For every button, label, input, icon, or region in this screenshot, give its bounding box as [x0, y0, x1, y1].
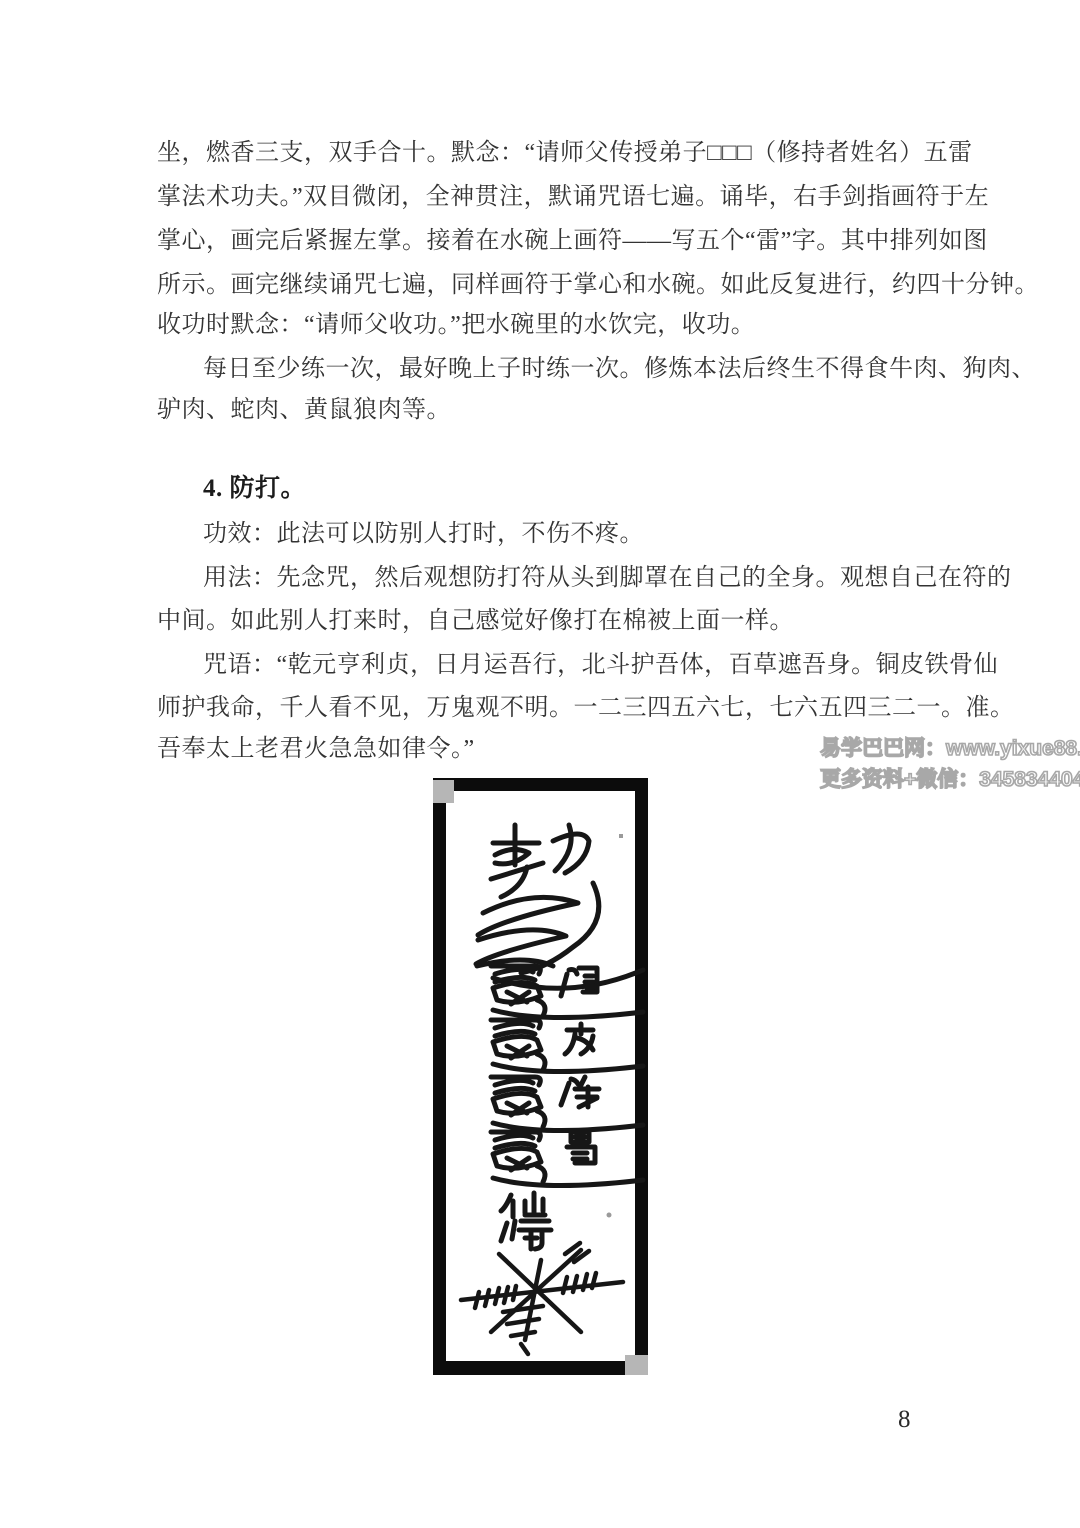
- body-line: 收功时默念：“请师父收功。”把水碗里的水饮完，收功。: [157, 310, 755, 340]
- body-line: 用法：先念咒，然后观想防打符从头到脚罩在自己的全身。观想自己在符的: [203, 563, 1012, 593]
- body-line: 吾奉太上老君火急急如律令。”: [157, 734, 475, 764]
- scan-dot: [607, 1213, 612, 1218]
- scan-artifact-bottomright: [625, 1355, 648, 1375]
- watermark: 易学巴巴网：www.yixue88.cn 更多资料+微信：3458344044: [820, 733, 1070, 795]
- body-line: 咒语：“乾元亨利贞，日月运吾行，北斗护吾体，百草遮吾身。铜皮铁骨仙: [203, 650, 998, 680]
- scan-dot: [619, 834, 623, 838]
- talisman-frame-bottom: [439, 1361, 629, 1375]
- body-line: 掌法术功夫。”双目微闭，全神贯注，默诵咒语七遍。诵毕，右手剑指画符于左: [157, 182, 989, 212]
- watermark-line2: 更多资料+微信：3458344044: [820, 764, 1070, 795]
- body-line: 坐，燃香三支，双手合十。默念：“请师父传授弟子□□□（修持者姓名）五雷: [157, 138, 973, 168]
- scan-artifact-topleft: [433, 780, 454, 803]
- body-line: 功效：此法可以防别人打时，不伤不疼。: [203, 519, 644, 549]
- page-number: 8: [898, 1406, 911, 1434]
- body-line: 掌心，画完后紧握左掌。接着在水碗上画符——写五个“雷”字。其中排列如图: [157, 226, 988, 256]
- body-line: 中间。如此别人打来时，自己感觉好像打在棉被上面一样。: [157, 606, 794, 636]
- body-line: 师护我命，千人看不见，万鬼观不明。一二三四五六七，七六五四三二一。准。: [157, 693, 1015, 723]
- body-line: 所示。画完继续诵咒七遍，同样画符于掌心和水碗。如此反复进行，约四十分钟。: [157, 270, 1039, 300]
- section-heading: 4. 防打。: [203, 474, 306, 504]
- body-line: 每日至少练一次，最好晚上子时练一次。修炼本法后终生不得食牛肉、狗肉、: [203, 354, 1036, 384]
- body-line: 驴肉、蛇肉、黄鼠狼肉等。: [157, 395, 451, 425]
- watermark-line1: 易学巴巴网：www.yixue88.cn: [820, 733, 1070, 764]
- document-page: 坐，燃香三支，双手合十。默念：“请师父传授弟子□□□（修持者姓名）五雷 掌法术功…: [0, 0, 1080, 1528]
- talisman-image: [433, 778, 648, 1375]
